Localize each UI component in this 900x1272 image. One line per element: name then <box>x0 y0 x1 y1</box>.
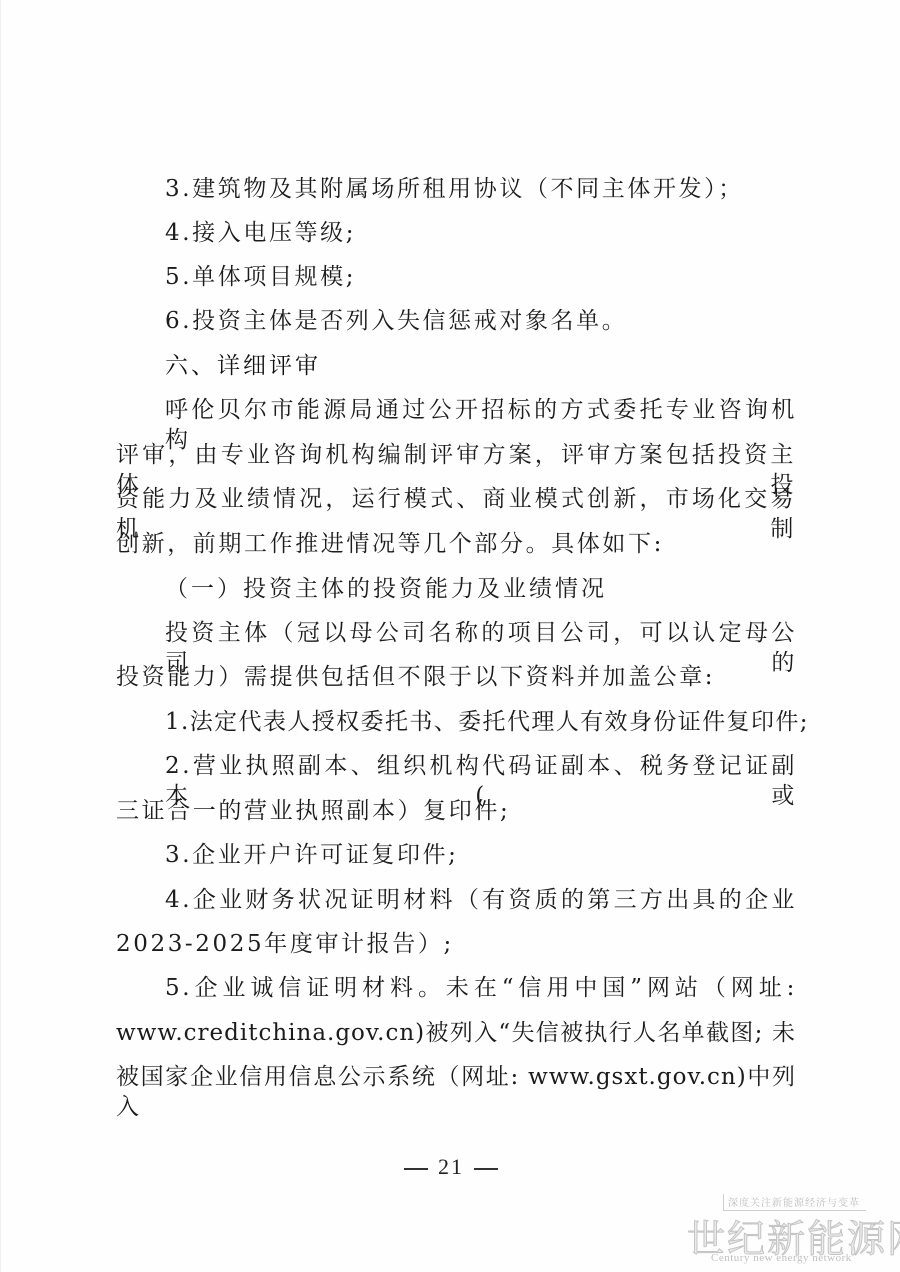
watermark-subtitle: Century new energy network <box>711 1252 852 1264</box>
list-item: 4.企业财务状况证明材料（有资质的第三方出具的企业 <box>165 885 797 915</box>
paragraph-line: 创新，前期工作推进情况等几个部分。具体如下: <box>116 529 796 559</box>
list-item-continuation: 被国家企业信用信息公示系统（网址: www.gsxt.gov.cn)中列入 <box>116 1062 796 1122</box>
list-item: 3.企业开户许可证复印件; <box>165 840 797 870</box>
list-item: 1.法定代表人授权委托书、委托代理人有效身份证件复印件; <box>165 707 797 737</box>
dash-decoration <box>474 1168 498 1170</box>
text-line: 6.投资主体是否列入失信惩戒对象名单。 <box>165 306 797 336</box>
list-item-continuation: 三证合一的营业执照副本）复印件; <box>116 796 796 826</box>
paragraph-line: 投资能力）需提供包括但不限于以下资料并加盖公章: <box>116 662 796 692</box>
page-number: 21 <box>1 1154 900 1180</box>
section-heading: 六、详细评审 <box>165 351 797 381</box>
list-item-continuation: 2023-2025年度审计报告）; <box>116 929 796 959</box>
text-line: 4.接入电压等级; <box>165 218 797 248</box>
text-line: 3.建筑物及其附属场所租用协议（不同主体开发）； <box>165 174 797 204</box>
watermark: 深度关注新能源经济与变革 世纪新能源网 Century new energy n… <box>701 1192 900 1272</box>
subsection-heading: （一）投资主体的投资能力及业绩情况 <box>165 574 797 604</box>
text-line: 5.单体项目规模; <box>165 262 797 292</box>
page-number-value: 21 <box>438 1154 464 1179</box>
document-page: 3.建筑物及其附属场所租用协议（不同主体开发）； 4.接入电压等级; 5.单体项… <box>0 0 900 1272</box>
list-item: 5.企业诚信证明材料。未在“信用中国”网站（网址: <box>165 973 797 1003</box>
dash-decoration <box>404 1168 428 1170</box>
list-item-continuation: www.creditchina.gov.cn)被列入“失信被执行人名单截图; 未 <box>116 1018 796 1048</box>
